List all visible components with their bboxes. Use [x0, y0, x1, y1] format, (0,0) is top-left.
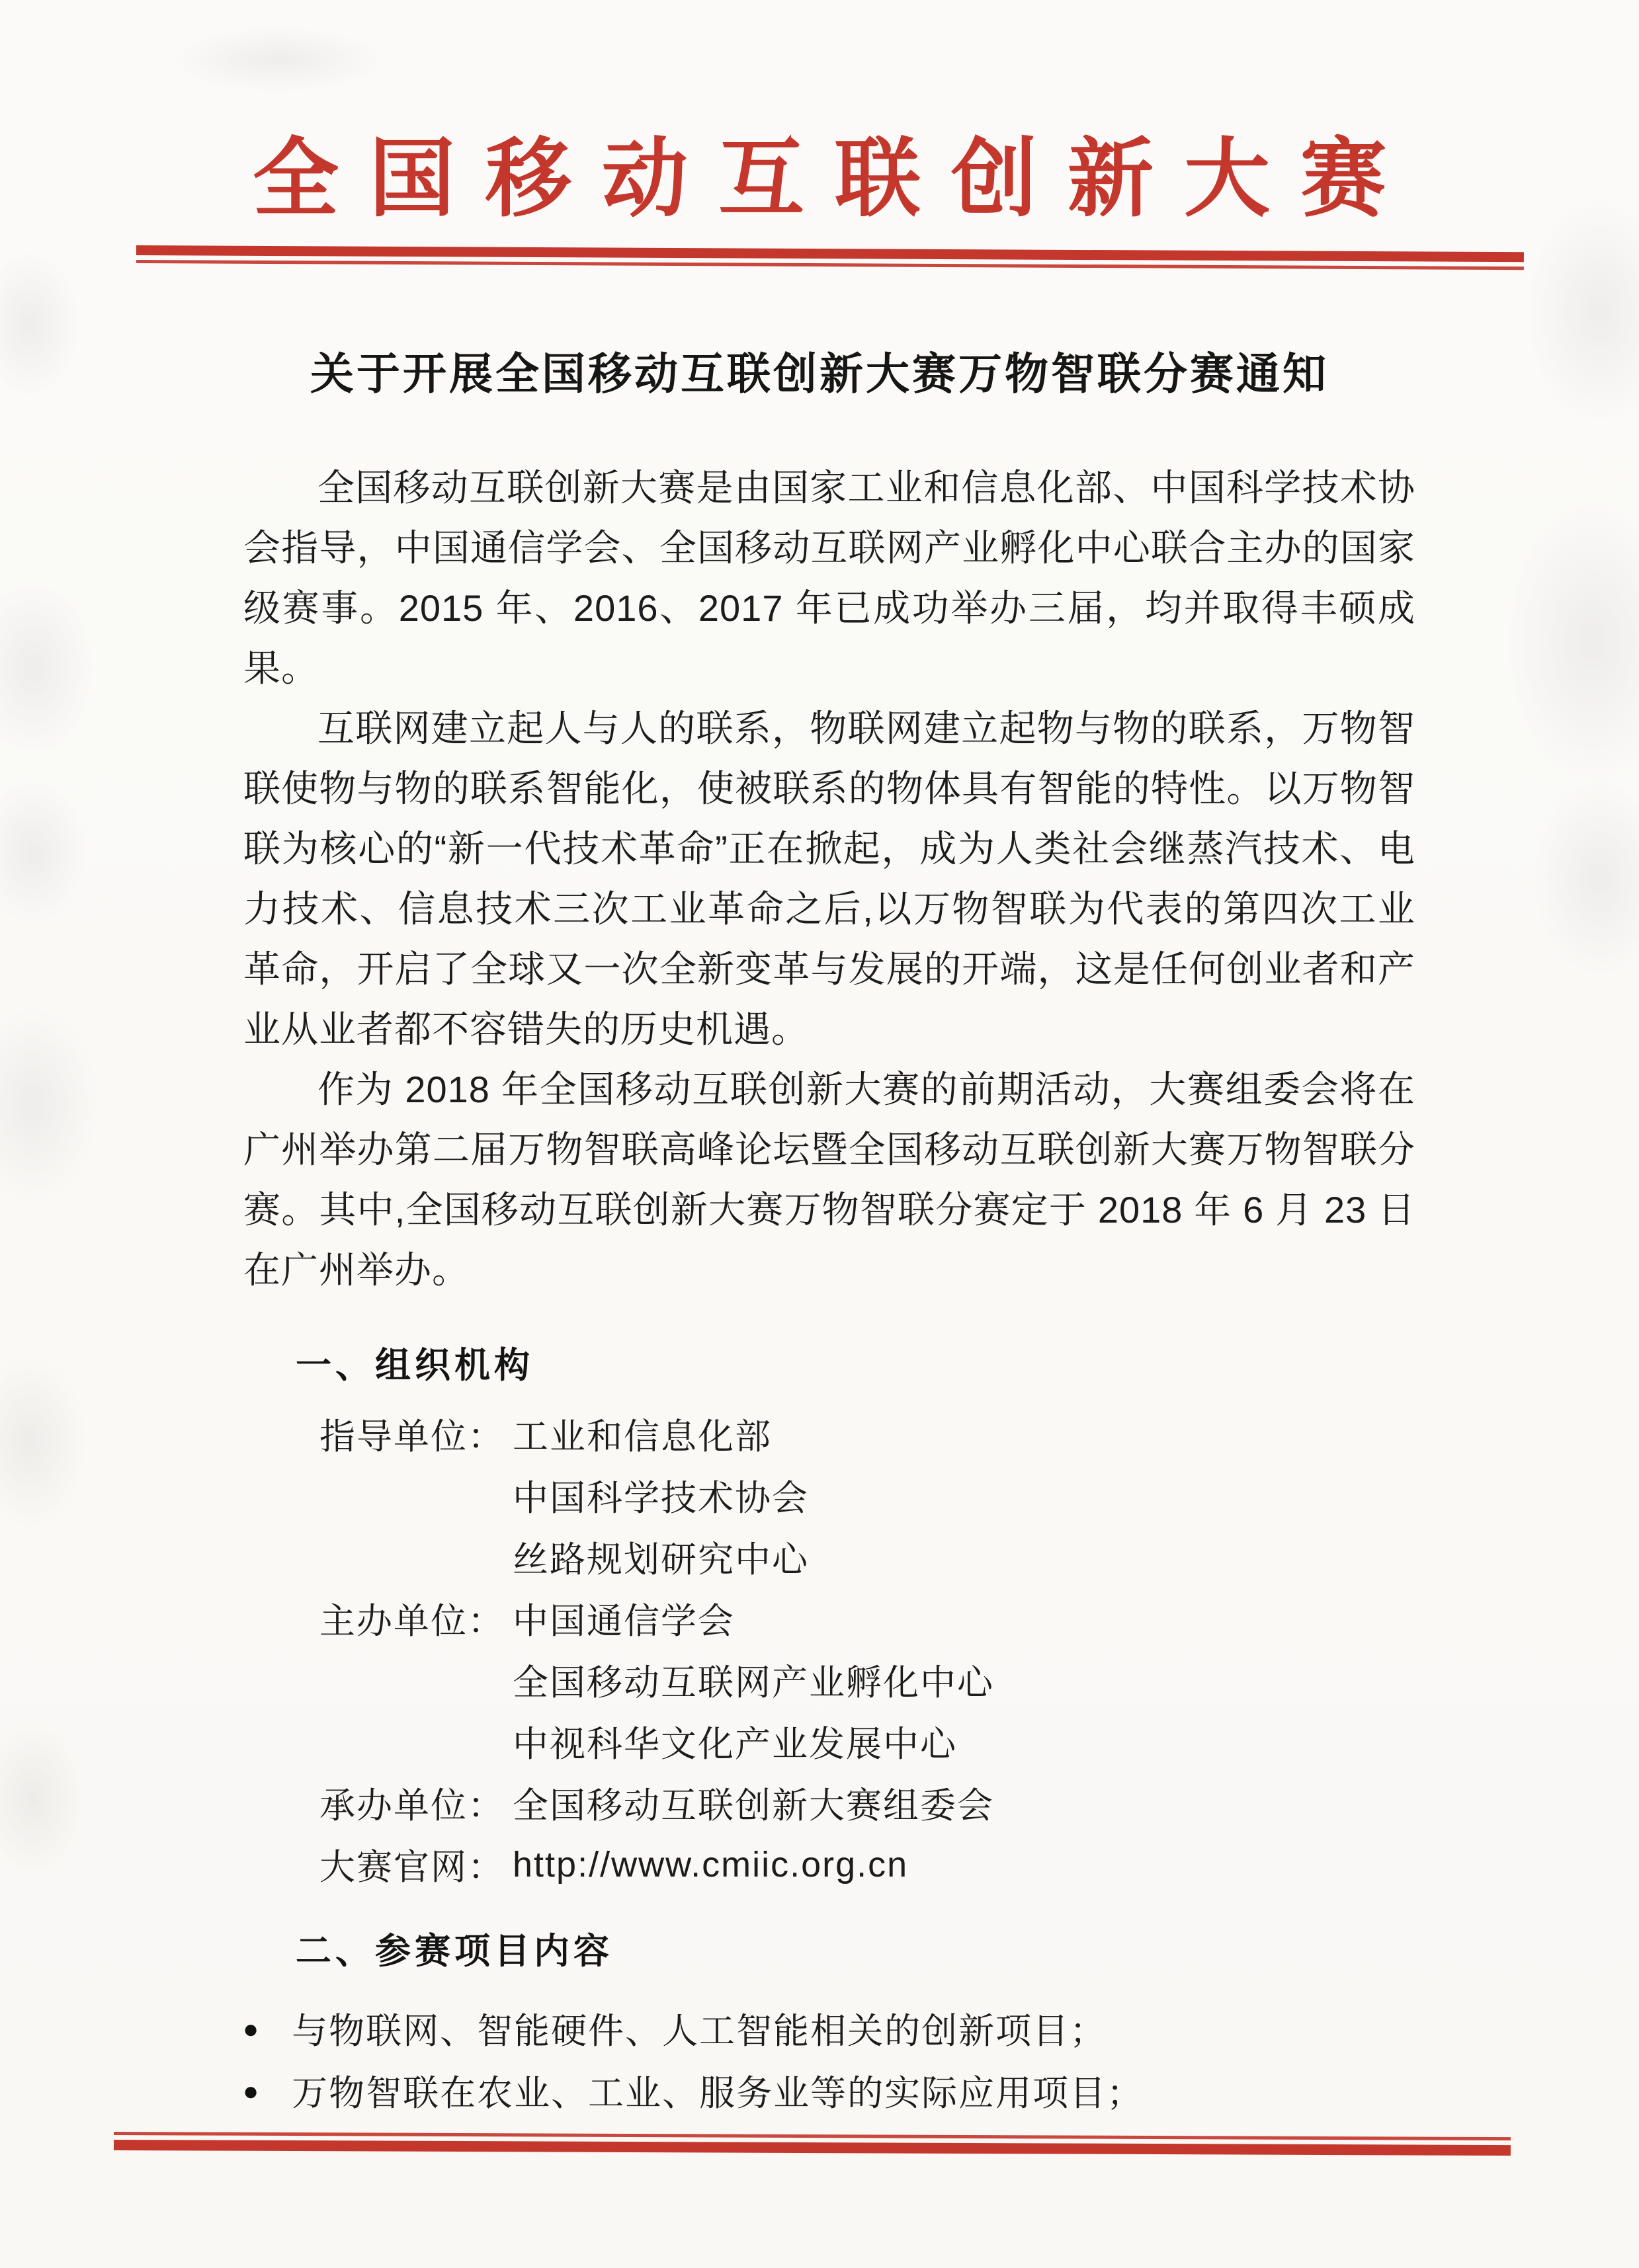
scan-smudge [0, 780, 86, 926]
body-paragraph-3: 作为 2018 年全国移动互联创新大赛的前期活动，大赛组委会将在广州举办第二届万… [243, 1059, 1415, 1300]
scan-smudge [172, 26, 384, 93]
org-row-value: 中国科学技术协会 [513, 1470, 809, 1521]
scan-smudge [1507, 503, 1639, 780]
footer-rule-thick [114, 2140, 1511, 2156]
scan-smudge [0, 582, 93, 754]
masthead-rule-thick [136, 245, 1524, 262]
section-heading-organization: 一、组织机构 [296, 1337, 534, 1388]
document-title: 关于开展全国移动互联创新大赛万物智联分赛通知 [0, 339, 1639, 401]
masthead-rule-thin [136, 260, 1524, 270]
org-row-organizer-unit: 承办单位： 全国移动互联创新大赛组委会 [319, 1772, 994, 1834]
scan-smudge [0, 1005, 99, 1203]
scan-smudge [1533, 780, 1639, 979]
section-heading-projects: 二、参赛项目内容 [296, 1923, 613, 1974]
document-body: 全国移动互联创新大赛是由国家工业和信息化部、中国科学技术协会指导，中国通信学会、… [243, 458, 1415, 1300]
org-row-value: 丝路规划研究中心 [513, 1531, 809, 1582]
body-paragraph-1: 全国移动互联创新大赛是由国家工业和信息化部、中国科学技术协会指导，中国通信学会、… [243, 458, 1415, 698]
org-row-official-website: 大赛官网： http://www.cmiic.org.cn [319, 1834, 994, 1895]
competition-website-url: http://www.cmiic.org.cn [513, 1844, 908, 1885]
bullet-item-text: 万物智联在农业、工业、服务业等的实际应用项目； [292, 2065, 1144, 2116]
org-row-host-unit-2: 全国移动互联网产业孵化中心 [319, 1649, 994, 1711]
org-row-guidance-unit-3: 丝路规划研究中心 [319, 1526, 994, 1588]
org-row-label: 承办单位： [319, 1777, 513, 1828]
org-row-label: 指导单位： [319, 1408, 513, 1459]
organization-list: 指导单位： 工业和信息化部 中国科学技术协会 丝路规划研究中心 主办单位： 中国… [319, 1403, 994, 1895]
bullet-icon: ● [243, 2077, 260, 2107]
org-row-label: 主办单位： [319, 1593, 513, 1644]
body-paragraph-2: 互联网建立起人与人的联系，物联网建立起物与物的联系，万物智联使物与物的联系智能化… [243, 698, 1415, 1059]
masthead-title: 全国移动互联创新大赛 [15, 136, 1639, 223]
bullet-item-innovation-projects: ● 与物联网、智能硬件、人工智能相关的创新项目； [243, 1997, 1460, 2059]
org-row-value: 工业和信息化部 [513, 1408, 772, 1459]
bullet-item-text: 与物联网、智能硬件、人工智能相关的创新项目； [292, 2003, 1107, 2054]
scanned-notice-page: 全国移动互联创新大赛 关于开展全国移动互联创新大赛万物智联分赛通知 全国移动互联… [0, 0, 1639, 2268]
org-row-value: 全国移动互联网产业孵化中心 [513, 1654, 994, 1705]
org-row-guidance-unit: 指导单位： 工业和信息化部 [319, 1403, 994, 1465]
org-row-host-unit-3: 中视科华文化产业发展中心 [319, 1711, 994, 1772]
footer-rule-thin [114, 2132, 1511, 2140]
scan-smudge [0, 1719, 86, 1878]
project-bullet-list: ● 与物联网、智能硬件、人工智能相关的创新项目； ● 万物智联在农业、工业、服务… [243, 1997, 1460, 2121]
org-row-value: 中国通信学会 [513, 1593, 735, 1644]
org-row-label: 大赛官网： [319, 1839, 513, 1890]
bullet-icon: ● [243, 2015, 260, 2045]
scan-smudge [0, 1356, 86, 1527]
org-row-guidance-unit-2: 中国科学技术协会 [319, 1465, 994, 1526]
org-row-host-unit: 主办单位： 中国通信学会 [319, 1588, 994, 1649]
org-row-value: 中视科华文化产业发展中心 [513, 1716, 957, 1767]
org-row-value: 全国移动互联创新大赛组委会 [513, 1777, 994, 1828]
bullet-item-application-projects: ● 万物智联在农业、工业、服务业等的实际应用项目； [243, 2059, 1460, 2121]
